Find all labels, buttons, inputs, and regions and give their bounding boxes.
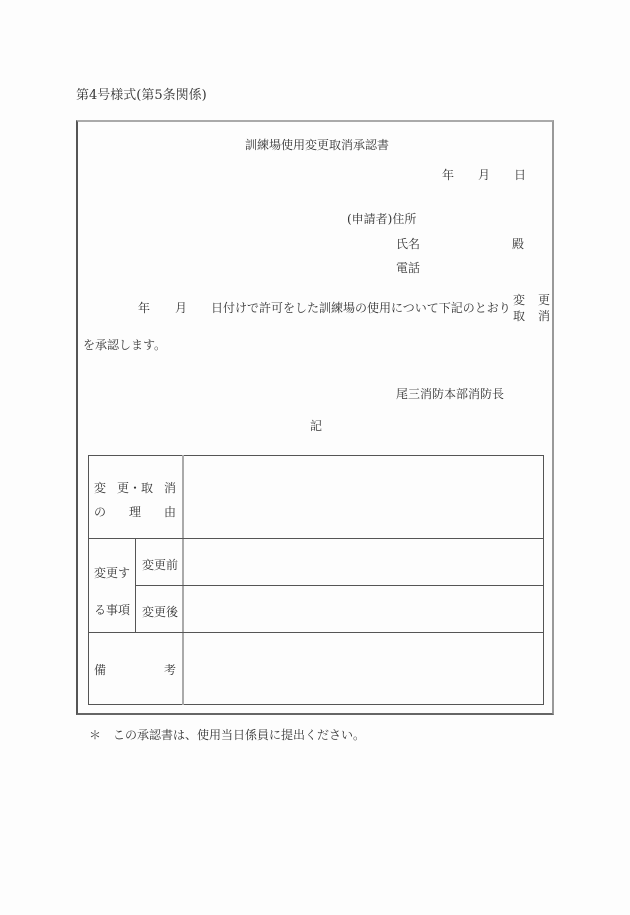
change-items-label-line1: 変更す — [94, 564, 130, 581]
change-items-label-line2: る事項 — [94, 601, 130, 618]
option-change: 変 更 — [513, 291, 550, 308]
date-year: 年 — [442, 166, 454, 183]
row-divider-1 — [88, 538, 544, 539]
reason-label-char: 更・取 — [117, 479, 153, 496]
remarks-label-char: 備 — [94, 661, 106, 678]
row-divider-3 — [88, 632, 544, 633]
reason-label-line1: 変 更・取 消 — [94, 479, 176, 496]
reason-label-char: 由 — [164, 503, 176, 520]
record-heading: 記 — [310, 417, 322, 434]
before-value[interactable] — [188, 542, 538, 582]
remarks-label-char: 考 — [164, 661, 176, 678]
reason-label-char: 消 — [164, 479, 176, 496]
remarks-value[interactable] — [188, 636, 538, 700]
issuer: 尾三消防本部消防長 — [396, 385, 504, 402]
body-month: 月 — [175, 299, 187, 316]
reason-label-line2: の 理 由 — [94, 503, 176, 520]
reason-value[interactable] — [188, 460, 538, 534]
reason-label-char: 変 — [94, 479, 106, 496]
honorific: 殿 — [512, 235, 524, 252]
applicant-phone-label: 電話 — [396, 259, 420, 276]
option-cancel: 取 消 — [513, 307, 550, 324]
option-cancel-char-2: 消 — [538, 307, 550, 324]
option-change-char-2: 更 — [538, 291, 550, 308]
form-number: 第4号様式(第5条関係) — [76, 84, 207, 103]
applicant-address-label: (申請者)住所 — [347, 210, 416, 227]
date-month: 月 — [478, 166, 490, 183]
reason-label-char: 理 — [129, 503, 141, 520]
applicant-name-label: 氏名 — [396, 235, 420, 252]
document-title: 訓練場使用変更取消承認書 — [245, 136, 389, 153]
after-label: 変更後 — [142, 603, 178, 620]
row-divider-2 — [135, 585, 544, 586]
footnote-text: この承認書は、使用当日係員に提出ください。 — [113, 726, 365, 743]
option-change-char-1: 変 — [513, 291, 525, 308]
label-column-divider — [182, 455, 184, 705]
after-value[interactable] — [188, 589, 538, 629]
body-text: 日付けで許可をした訓練場の使用について下記のとおり — [211, 299, 511, 316]
body-continuation: を承認します。 — [83, 336, 166, 353]
date-day: 日 — [514, 166, 526, 183]
sub-column-divider — [135, 538, 136, 633]
remarks-label: 備 考 — [94, 661, 176, 678]
before-label: 変更前 — [142, 556, 178, 573]
reason-label-char: の — [94, 503, 106, 520]
footnote-mark: ＊ — [89, 726, 101, 743]
body-year: 年 — [138, 299, 150, 316]
option-cancel-char-1: 取 — [513, 307, 525, 324]
